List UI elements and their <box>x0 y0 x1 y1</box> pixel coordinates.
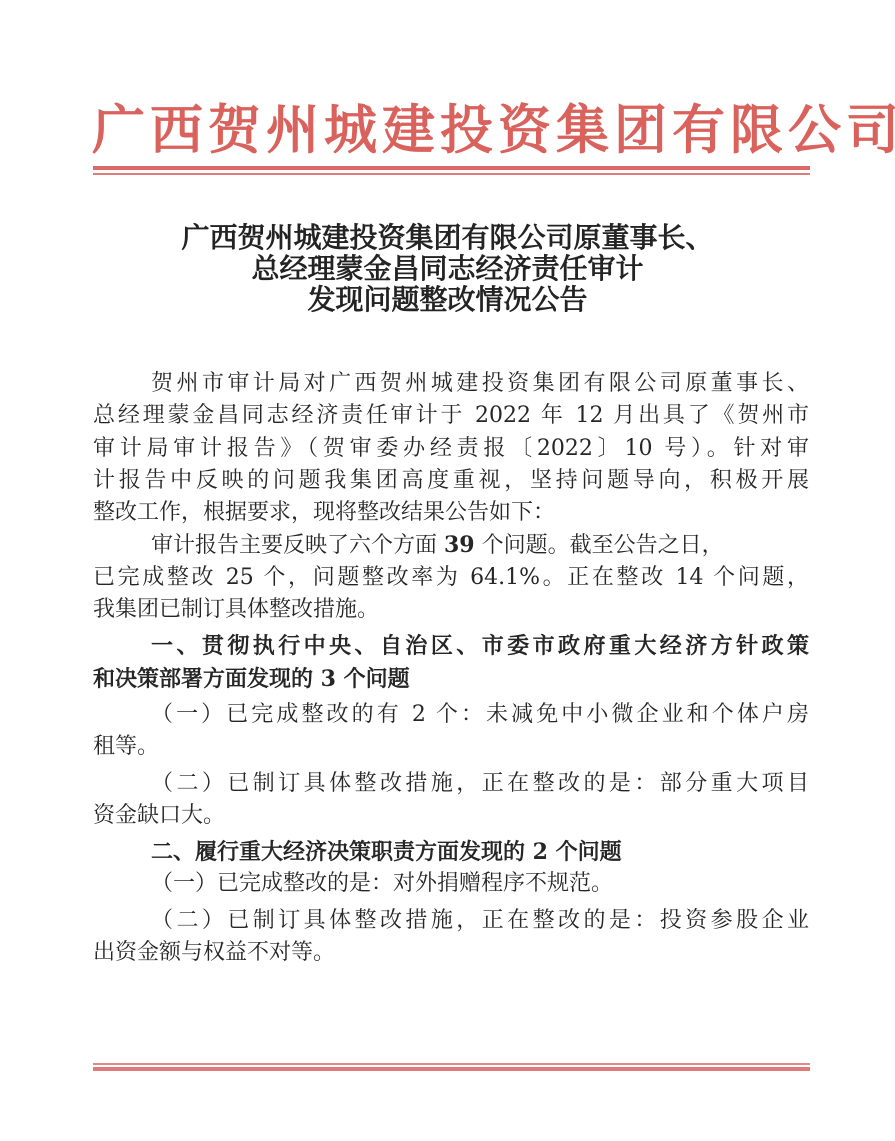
text-line: 租等。 <box>93 731 809 763</box>
letterhead-rule-thin <box>93 173 810 175</box>
text-line: 审计局审计报告》（贺审委办经责报〔2022〕10 号）。针对审 <box>93 433 809 465</box>
title-line-3: 发现问题整改情况公告 <box>90 284 805 315</box>
text-line: （二）已制订具体整改措施，正在整改的是：部分重大项目 <box>93 768 809 800</box>
text-line: （一）已完成整改的有 2 个：未减免中小微企业和个体户房 <box>93 699 809 731</box>
document-body: 贺州市审计局对广西贺州城建投资集团有限公司原董事长、 总经理蒙金昌同志经济责任审… <box>93 368 809 969</box>
text-line: 贺州市审计局对广西贺州城建投资集团有限公司原董事长、 <box>93 368 809 400</box>
footer-rule-thick <box>93 1067 810 1071</box>
text-span: 个问题。截至公告之日， <box>475 533 724 558</box>
paragraph-summary: 审计报告主要反映了六个方面 39 个问题。截至公告之日， 已完成整改 25 个，… <box>93 529 809 626</box>
text-line: 总经理蒙金昌同志经济责任审计于 2022 年 12 月出具了《贺州市 <box>93 400 809 432</box>
text-span: 审计报告主要反映了六个方面 <box>151 533 444 558</box>
text-line: 整改工作，根据要求，现将整改结果公告如下： <box>93 497 809 529</box>
letterhead-company-name: 广西贺州城建投资集团有限公司 <box>92 100 817 160</box>
text-line: （二）已制订具体整改措施，正在整改的是：投资参股企业 <box>93 905 809 937</box>
title-line-2: 总经理蒙金昌同志经济责任审计 <box>90 253 805 284</box>
title-line-1: 广西贺州城建投资集团有限公司原董事长、 <box>90 222 805 253</box>
text-line: 审计报告主要反映了六个方面 39 个问题。截至公告之日， <box>93 529 809 561</box>
text-line: 出资金额与权益不对等。 <box>93 937 809 969</box>
section-heading: 和决策部署方面发现的 3 个问题 <box>93 663 809 695</box>
text-line: 资金缺口大。 <box>93 800 809 832</box>
text-line: 已完成整改 25 个，问题整改率为 64.1%。正在整改 14 个问题， <box>93 562 809 594</box>
letterhead-rule-thick <box>93 166 810 170</box>
text-line: 我集团已制订具体整改措施。 <box>93 594 809 626</box>
section-heading: 一、贯彻执行中央、自治区、市委市政府重大经济方针政策 <box>93 630 809 662</box>
text-line: （一）已完成整改的是：对外捐赠程序不规范。 <box>93 868 809 900</box>
section-heading: 二、履行重大经济决策职责方面发现的 2 个问题 <box>93 836 809 868</box>
paragraph-intro: 贺州市审计局对广西贺州城建投资集团有限公司原董事长、 总经理蒙金昌同志经济责任审… <box>93 368 809 529</box>
document-title: 广西贺州城建投资集团有限公司原董事长、 总经理蒙金昌同志经济责任审计 发现问题整… <box>90 222 805 315</box>
footer-rule-thin <box>93 1063 810 1065</box>
text-line: 计报告中反映的问题我集团高度重视，坚持问题导向，积极开展 <box>93 465 809 497</box>
issue-count: 39 <box>444 532 475 558</box>
section-2: 二、履行重大经济决策职责方面发现的 2 个问题 （一）已完成整改的是：对外捐赠程… <box>93 836 809 969</box>
section-1: 一、贯彻执行中央、自治区、市委市政府重大经济方针政策 和决策部署方面发现的 3 … <box>93 630 809 832</box>
